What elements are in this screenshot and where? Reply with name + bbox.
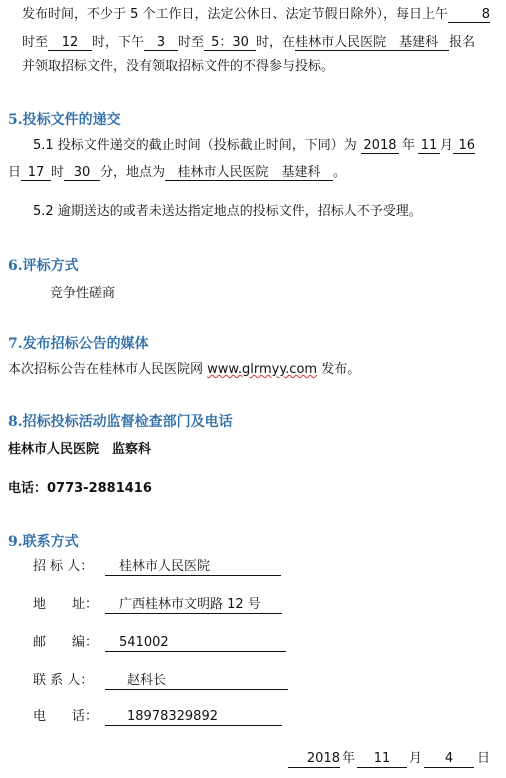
section8-heading: 8.招标投标活动监督检查部门及电话 <box>8 413 233 431</box>
sign-year: 2018 <box>288 751 340 768</box>
text: 本次招标公告在桂林市人民医院网 <box>8 362 203 377</box>
section9-heading: 9.联系方式 <box>8 533 79 551</box>
contact-label: 电 话： <box>33 708 105 726</box>
registration-location: 桂林市人民医院 基建科 <box>295 35 449 51</box>
deadline-minute: 30 <box>64 165 100 181</box>
contact-row-person: 联 系 人：赵科长 <box>33 672 288 690</box>
section6-heading: 6.评标方式 <box>8 257 79 275</box>
contact-label: 地 址： <box>33 596 105 614</box>
text: 时至 <box>22 35 48 50</box>
publication-media: 本次招标公告在桂林市人民医院网 www.glrmyy.com 发布。 <box>8 361 360 379</box>
text: 发布时间，不少于 5 个工作日，法定公休日、法定节假日除外），每日上午 <box>22 7 448 22</box>
text: 年 <box>402 138 415 153</box>
contact-row-phone: 电 话：18978329892 <box>33 708 282 726</box>
text: 报名 <box>449 35 475 50</box>
am-end-field: 12 <box>48 35 92 51</box>
deadline-month: 11 <box>418 138 440 154</box>
pm-end-field: 5：30 <box>204 35 256 51</box>
contact-row-postcode: 邮 编：541002 <box>33 634 286 652</box>
deadline-day: 16 <box>453 138 475 154</box>
signature-date: 2018年11月4日 <box>288 750 490 768</box>
submission-place: 桂林市人民医院 基建科 <box>165 165 333 181</box>
text: 分，地点为 <box>100 165 165 180</box>
text: 时，在 <box>256 35 295 50</box>
sign-month: 11 <box>357 751 407 768</box>
contact-row-tenderer: 招 标 人：桂林市人民医院 <box>33 558 281 576</box>
deadline-year: 2018 <box>361 138 399 154</box>
contact-value: 桂林市人民医院 <box>105 559 281 576</box>
text: 月 <box>409 751 422 766</box>
text: 日 <box>477 751 490 766</box>
text: 时 <box>51 165 64 180</box>
contact-value: 541002 <box>105 635 286 652</box>
section5-heading: 5.投标文件的递交 <box>8 111 121 129</box>
text: 5.1 投标文件递交的截止时间（投标截止时间，下同）为 <box>33 138 357 153</box>
late-submission-note: 5.2 逾期送达的或者未送达指定地点的投标文件，招标人不予受理。 <box>33 203 422 221</box>
text: 时至 <box>178 35 204 50</box>
am-start-field: 8 <box>448 7 490 23</box>
contact-value: 赵科长 <box>105 673 288 690</box>
contact-value: 广西桂林市文明路 12 号 <box>105 597 282 614</box>
supervision-dept: 桂林市人民医院 监察科 <box>8 441 151 459</box>
deadline-hour: 17 <box>21 165 51 181</box>
website-link[interactable]: www.glrmyy.com <box>207 362 317 377</box>
registration-time-line2: 时至12时，下午3时至5：30时，在桂林市人民医院 基建科报名 <box>22 34 475 52</box>
registration-time-line1: 发布时间，不少于 5 个工作日，法定公休日、法定节假日除外），每日上午8 <box>22 6 490 24</box>
contact-label: 招 标 人： <box>33 558 105 576</box>
pm-start-field: 3 <box>144 35 178 51</box>
contact-row-address: 地 址：广西桂林市文明路 12 号 <box>33 596 282 614</box>
deadline-line2: 日17时30分，地点为桂林市人民医院 基建科。 <box>8 164 346 182</box>
section7-heading: 7.发布招标公告的媒体 <box>8 335 149 353</box>
text: 月 <box>440 138 453 153</box>
evaluation-method: 竞争性磋商 <box>50 285 115 303</box>
registration-note: 并领取招标文件，没有领取招标文件的不得参与投标。 <box>22 58 334 76</box>
text: 发布。 <box>321 362 360 377</box>
contact-label: 联 系 人： <box>33 672 105 690</box>
text: 年 <box>342 751 355 766</box>
sign-day: 4 <box>424 751 474 768</box>
supervision-phone: 电话：0773-2881416 <box>8 480 152 498</box>
text: 时，下午 <box>92 35 144 50</box>
deadline-line1: 5.1 投标文件递交的截止时间（投标截止时间，下同）为 2018年11月16 <box>33 137 475 155</box>
contact-label: 邮 编： <box>33 634 105 652</box>
contact-value: 18978329892 <box>105 709 282 726</box>
text: 日 <box>8 165 21 180</box>
text: 。 <box>333 165 346 180</box>
